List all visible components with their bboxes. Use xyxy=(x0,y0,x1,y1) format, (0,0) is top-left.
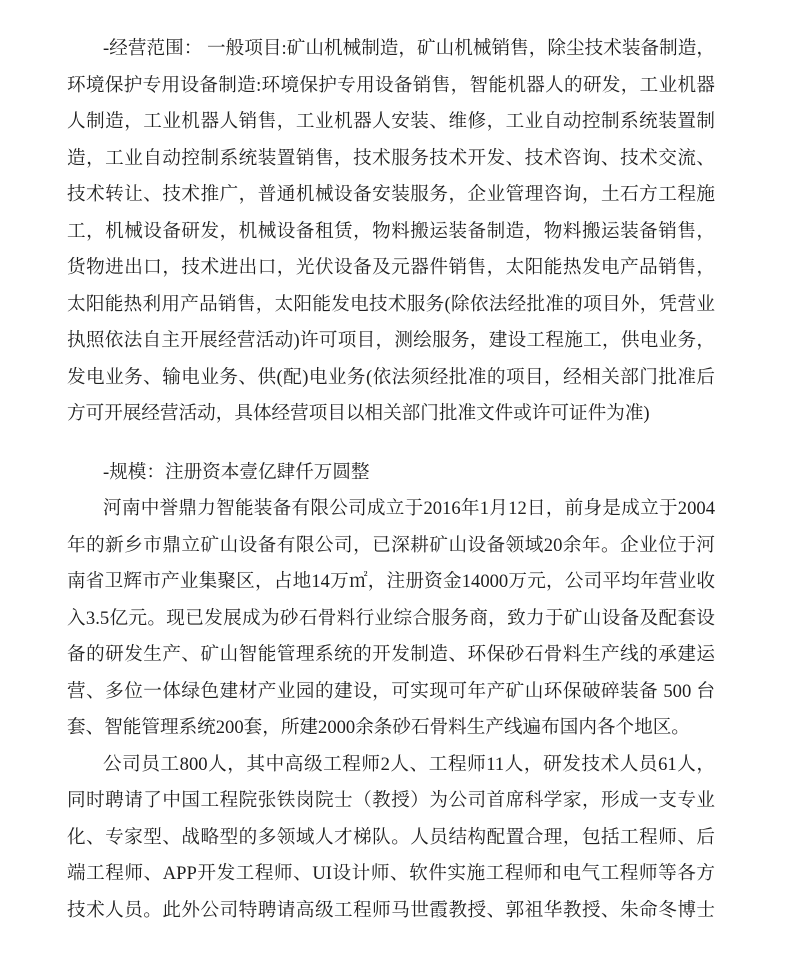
doc-line: 套、智能管理系统200套，所建2000余条砂石骨料生产线遍布国内各个地区。 xyxy=(67,710,715,747)
doc-line: 同时聘请了中国工程院张铁岗院士（教授）为公司首席科学家，形成一支专业 xyxy=(67,783,715,820)
doc-line: 货物进出口，技术进出口，光伏设备及元器件销售，太阳能热发电产品销售， xyxy=(67,250,715,287)
doc-line: 太阳能热利用产品销售，太阳能发电技术服务(除依法经批准的项目外，凭营业 xyxy=(67,287,715,324)
document-body: -经营范围： 一般项目:矿山机械制造，矿山机械销售，除尘技术装备制造，环境保护专… xyxy=(67,31,715,929)
doc-line: 技术人员。此外公司特聘请高级工程师马世霞教授、郭祖华教授、朱命冬博士 xyxy=(67,893,715,930)
paragraph-staff: 公司员工800人，其中高级工程师2人、工程师11人，研发技术人员61人，同时聘请… xyxy=(67,747,715,930)
doc-line: 发电业务、输电业务、供(配)电业务(依法须经批准的项目，经相关部门批准后 xyxy=(67,360,715,397)
doc-line: 技术转让、技术推广，普通机械设备安装服务，企业管理咨询，土石方工程施 xyxy=(67,177,715,214)
doc-line: 年的新乡市鼎立矿山设备有限公司，已深耕矿山设备领域20余年。企业位于河 xyxy=(67,528,715,565)
page-root: { "page": { "background": "#ffffff", "te… xyxy=(0,0,800,964)
doc-line: 南省卫辉市产业集聚区，占地14万㎡，注册资金14000万元，公司平均年营业收 xyxy=(67,564,715,601)
doc-line: 方可开展经营活动，具体经营项目以相关部门批准文件或许可证件为准) xyxy=(67,396,715,433)
doc-line: 端工程师、APP开发工程师、UI设计师、软件实施工程师和电气工程师等各方面 xyxy=(67,856,715,893)
paragraph-scale: -规模：注册资本壹亿肆仟万圆整 xyxy=(67,455,715,492)
doc-line: 化、专家型、战略型的多领域人才梯队。人员结构配置合理，包括工程师、后 xyxy=(67,820,715,857)
doc-line: 造，工业自动控制系统装置销售，技术服务技术开发、技术咨询、技术交流、 xyxy=(67,141,715,178)
doc-line: 备的研发生产、矿山智能管理系统的开发制造、环保砂石骨料生产线的承建运 xyxy=(67,637,715,674)
doc-line: 人制造，工业机器人销售，工业机器人安装、维修，工业自动控制系统装置制 xyxy=(67,104,715,141)
doc-line: -经营范围： 一般项目:矿山机械制造，矿山机械销售，除尘技术装备制造， xyxy=(67,31,715,68)
doc-line: -规模：注册资本壹亿肆仟万圆整 xyxy=(67,455,715,492)
doc-line: 入3.5亿元。现已发展成为砂石骨料行业综合服务商，致力于矿山设备及配套设 xyxy=(67,601,715,638)
paragraph-company-intro: 河南中誉鼎力智能装备有限公司成立于2016年1月12日，前身是成立于2004年的… xyxy=(67,491,715,747)
doc-line: 工，机械设备研发，机械设备租赁，物料搬运装备制造，物料搬运装备销售， xyxy=(67,214,715,251)
paragraph-business-scope: -经营范围： 一般项目:矿山机械制造，矿山机械销售，除尘技术装备制造，环境保护专… xyxy=(67,31,715,433)
doc-line: 环境保护专用设备制造:环境保护专用设备销售，智能机器人的研发，工业机器 xyxy=(67,68,715,105)
doc-line: 营、多位一体绿色建材产业园的建设，可实现可年产矿山环保破碎装备 500 台 xyxy=(67,674,715,711)
doc-line: 公司员工800人，其中高级工程师2人、工程师11人，研发技术人员61人， xyxy=(67,747,715,784)
doc-line: 执照依法自主开展经营活动)许可项目，测绘服务，建设工程施工，供电业务， xyxy=(67,323,715,360)
doc-line: 河南中誉鼎力智能装备有限公司成立于2016年1月12日，前身是成立于2004 xyxy=(67,491,715,528)
document-page: -经营范围： 一般项目:矿山机械制造，矿山机械销售，除尘技术装备制造，环境保护专… xyxy=(0,0,800,964)
